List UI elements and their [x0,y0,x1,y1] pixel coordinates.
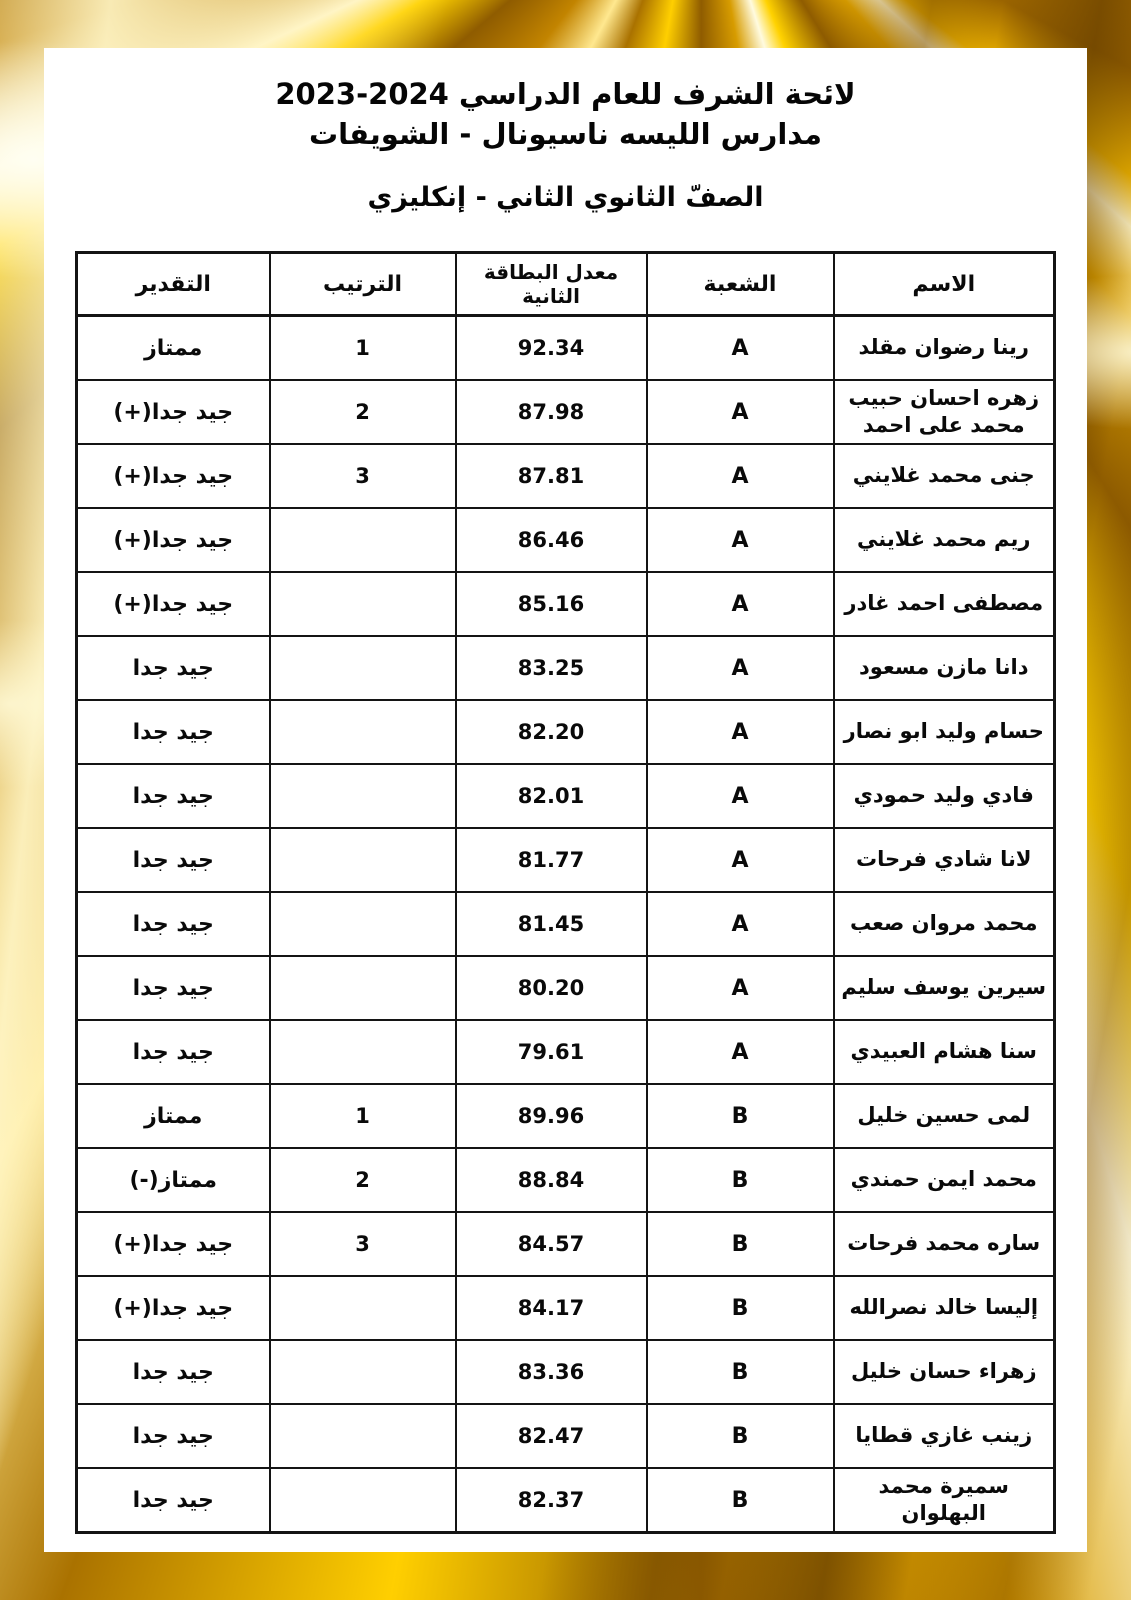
table-body: رينا رضوان مقلدA92.341ممتاززهره احسان حب… [77,316,1055,1533]
table-row: فادي وليد حموديA82.01جيد جدا [77,764,1055,828]
table-row: زهراء حسان خليلB83.36جيد جدا [77,1340,1055,1404]
cell-section: A [647,316,834,381]
cell-grade: ممتاز [77,1084,270,1148]
cell-section: A [647,764,834,828]
cell-rank [270,956,456,1020]
cell-section: A [647,636,834,700]
cell-name: محمد ايمن حمندي [834,1148,1055,1212]
cell-rank [270,572,456,636]
title-line-1: لائحة الشرف للعام الدراسي 2024-2023 [44,74,1087,114]
cell-section: A [647,1020,834,1084]
table-row: سيرين يوسف سليمA80.20جيد جدا [77,956,1055,1020]
cell-name: ساره محمد فرحات [834,1212,1055,1276]
table-row: زينب غازي قطاياB82.47جيد جدا [77,1404,1055,1468]
cell-name: زهره احسان حبيب محمد على احمد [834,380,1055,444]
cell-name: سنا هشام العبيدي [834,1020,1055,1084]
cell-average: 88.84 [456,1148,647,1212]
cell-rank [270,828,456,892]
cell-grade: جيد جدا [77,1020,270,1084]
cell-name: زينب غازي قطايا [834,1404,1055,1468]
table-row: مصطفى احمد غادرA85.16جيد جدا(+) [77,572,1055,636]
cell-name: دانا مازن مسعود [834,636,1055,700]
cell-section: B [647,1468,834,1533]
cell-section: B [647,1340,834,1404]
cell-name: فادي وليد حمودي [834,764,1055,828]
document-title: لائحة الشرف للعام الدراسي 2024-2023 مدار… [44,74,1087,154]
cell-average: 84.17 [456,1276,647,1340]
cell-grade: جيد جدا(+) [77,508,270,572]
cell-grade: ممتاز [77,316,270,381]
column-header: معدل البطاقة الثانية [456,253,647,316]
cell-section: A [647,956,834,1020]
cell-section: A [647,892,834,956]
honor-roll-table: الاسمالشعبةمعدل البطاقة الثانيةالترتيبال… [75,251,1056,1534]
table-row: جنى محمد غلاينيA87.813جيد جدا(+) [77,444,1055,508]
cell-average: 87.81 [456,444,647,508]
table-row: إليسا خالد نصراللهB84.17جيد جدا(+) [77,1276,1055,1340]
cell-average: 80.20 [456,956,647,1020]
cell-rank [270,1468,456,1533]
cell-name: جنى محمد غلايني [834,444,1055,508]
cell-rank: 1 [270,316,456,381]
cell-rank: 2 [270,380,456,444]
table-row: سنا هشام العبيديA79.61جيد جدا [77,1020,1055,1084]
cell-rank [270,508,456,572]
cell-name: لمى حسين خليل [834,1084,1055,1148]
cell-average: 81.77 [456,828,647,892]
cell-average: 87.98 [456,380,647,444]
column-header: الشعبة [647,253,834,316]
cell-grade: جيد جدا(+) [77,572,270,636]
cell-average: 83.36 [456,1340,647,1404]
cell-grade: جيد جدا(+) [77,444,270,508]
table-row: ريم محمد غلاينيA86.46جيد جدا(+) [77,508,1055,572]
cell-name: إليسا خالد نصرالله [834,1276,1055,1340]
table-row: سميرة محمد البهلوانB82.37جيد جدا [77,1468,1055,1533]
cell-section: A [647,700,834,764]
table-row: ساره محمد فرحاتB84.573جيد جدا(+) [77,1212,1055,1276]
cell-average: 84.57 [456,1212,647,1276]
cell-grade: جيد جدا [77,892,270,956]
cell-grade: جيد جدا(+) [77,380,270,444]
cell-average: 86.46 [456,508,647,572]
cell-section: B [647,1212,834,1276]
cell-grade: جيد جدا [77,1340,270,1404]
table-row: رينا رضوان مقلدA92.341ممتاز [77,316,1055,381]
cell-grade: جيد جدا [77,1404,270,1468]
cell-average: 82.20 [456,700,647,764]
column-header: الترتيب [270,253,456,316]
table-header-row: الاسمالشعبةمعدل البطاقة الثانيةالترتيبال… [77,253,1055,316]
cell-rank: 3 [270,444,456,508]
cell-section: B [647,1084,834,1148]
class-subtitle: الصفّ الثانوي الثاني - إنكليزي [44,182,1087,213]
cell-rank [270,892,456,956]
cell-name: زهراء حسان خليل [834,1340,1055,1404]
cell-rank: 3 [270,1212,456,1276]
cell-grade: جيد جدا [77,1468,270,1533]
cell-rank: 2 [270,1148,456,1212]
table-row: حسام وليد ابو نصارA82.20جيد جدا [77,700,1055,764]
cell-rank [270,1276,456,1340]
cell-average: 85.16 [456,572,647,636]
table-row: محمد ايمن حمنديB88.842ممتاز(-) [77,1148,1055,1212]
cell-name: محمد مروان صعب [834,892,1055,956]
cell-average: 82.47 [456,1404,647,1468]
cell-section: B [647,1404,834,1468]
cell-name: لانا شادي فرحات [834,828,1055,892]
cell-section: A [647,508,834,572]
cell-name: ريم محمد غلايني [834,508,1055,572]
cell-rank [270,1404,456,1468]
cell-rank [270,1340,456,1404]
cell-section: A [647,828,834,892]
cell-average: 89.96 [456,1084,647,1148]
table-row: دانا مازن مسعودA83.25جيد جدا [77,636,1055,700]
cell-grade: جيد جدا(+) [77,1276,270,1340]
cell-rank [270,1020,456,1084]
cell-section: A [647,444,834,508]
cell-grade: جيد جدا [77,956,270,1020]
column-header: التقدير [77,253,270,316]
cell-grade: جيد جدا [77,700,270,764]
cell-name: سميرة محمد البهلوان [834,1468,1055,1533]
table-row: زهره احسان حبيب محمد على احمدA87.982جيد … [77,380,1055,444]
cell-average: 81.45 [456,892,647,956]
cell-average: 82.37 [456,1468,647,1533]
cell-rank [270,764,456,828]
cell-name: رينا رضوان مقلد [834,316,1055,381]
cell-grade: جيد جدا(+) [77,1212,270,1276]
title-line-2: مدارس الليسه ناسيونال - الشويفات [44,114,1087,154]
cell-section: A [647,572,834,636]
cell-rank [270,700,456,764]
cell-name: سيرين يوسف سليم [834,956,1055,1020]
cell-rank [270,636,456,700]
cell-section: B [647,1148,834,1212]
cell-section: A [647,380,834,444]
cell-name: مصطفى احمد غادر [834,572,1055,636]
cell-name: حسام وليد ابو نصار [834,700,1055,764]
table-row: لمى حسين خليلB89.961ممتاز [77,1084,1055,1148]
cell-rank: 1 [270,1084,456,1148]
cell-grade: جيد جدا [77,828,270,892]
cell-section: B [647,1276,834,1340]
cell-grade: ممتاز(-) [77,1148,270,1212]
table-row: محمد مروان صعبA81.45جيد جدا [77,892,1055,956]
cell-grade: جيد جدا [77,636,270,700]
table-row: لانا شادي فرحاتA81.77جيد جدا [77,828,1055,892]
cell-average: 92.34 [456,316,647,381]
cell-grade: جيد جدا [77,764,270,828]
golden-background: لائحة الشرف للعام الدراسي 2024-2023 مدار… [0,0,1131,1600]
cell-average: 82.01 [456,764,647,828]
cell-average: 83.25 [456,636,647,700]
document-page: لائحة الشرف للعام الدراسي 2024-2023 مدار… [44,48,1087,1552]
cell-average: 79.61 [456,1020,647,1084]
column-header: الاسم [834,253,1055,316]
